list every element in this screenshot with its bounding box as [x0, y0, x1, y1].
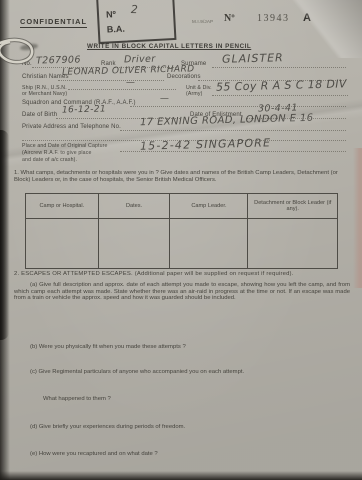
field-no-value: T267906 [36, 54, 81, 66]
camps-header-dates: Dates. [98, 194, 170, 219]
ref-no-label: Nº [224, 13, 235, 24]
camps-table-header-row: Camp or Hospital. Dates. Camp Leader. De… [26, 194, 338, 219]
camps-cell-empty [170, 219, 248, 269]
field-address-value: 17 EXNING ROAD, LONDON E 16 [140, 113, 314, 129]
field-dob-value: 16-12-21 [62, 104, 106, 115]
question-2c-sub-text: What happened to them ? [43, 396, 343, 403]
field-capture-label-line2: (Aircrew R.A.F. to give place [22, 150, 92, 156]
dotted-rule [212, 95, 348, 96]
ref-grade: A [303, 12, 311, 24]
field-squadron-value: — [160, 94, 170, 104]
camps-header-leader: Camp Leader. [170, 194, 248, 219]
scanned-pow-questionnaire: { "header": { "classification": "CONFIDE… [0, 0, 362, 480]
camps-cell-empty [98, 219, 170, 269]
field-no-label: No. [22, 61, 32, 67]
dotted-rule [212, 67, 346, 68]
field-unit-label-line2: (Army) [186, 91, 202, 97]
question-2c-text: (c) Give Regimental particulars of anyon… [30, 369, 350, 376]
camps-cell-empty [26, 219, 99, 269]
pencil-instruction-heading: WRITE IN BLOCK CAPITAL LETTERS IN PENCIL [87, 43, 251, 50]
camps-header-detachment: Detachment or Block Leader (if any). [248, 194, 338, 219]
field-dob-label: Date of Birth [22, 112, 57, 118]
question-2a-text: (a) Give full description and approx. da… [14, 282, 350, 302]
field-ship-label-line2: or Merchant Navy) [22, 91, 67, 97]
field-address-label: Private Address and Telephone No. [22, 124, 121, 130]
question-2e-text: (e) How were you recaptured and on what … [30, 451, 350, 458]
camps-cell-empty [248, 219, 338, 269]
field-surname-value: GLAISTER [222, 51, 284, 66]
field-unit-value: 55 Coy R A S C 18 DIV [216, 77, 347, 93]
dotted-rule [130, 106, 346, 107]
stamp-no-label: Nº [106, 9, 116, 19]
stamp-block-word: BLOCK [98, 0, 172, 1]
field-capture-label-line3: and date of a/c crash). [22, 157, 77, 163]
camps-header-camp: Camp or Hospital. [26, 194, 99, 219]
camps-table: Camp or Hospital. Dates. Camp Leader. De… [25, 193, 338, 269]
dotted-rule [58, 80, 164, 81]
camps-table-empty-row [26, 219, 338, 269]
field-capture-label-line1: Place and Date of Original Capture [22, 143, 108, 149]
block-number-stamp: BLOCK Nº 2 B.A. [96, 0, 177, 44]
question-2b-text: (b) Were you physically fit when you mad… [30, 344, 350, 351]
document-page: CONFIDENTIAL BLOCK Nº 2 B.A. M.I.9/JAP N… [0, 0, 362, 480]
stamp-ba-label: B.A. [107, 24, 125, 35]
question-2d-text: (d) Give briefly your experiences during… [30, 424, 350, 431]
question-2-heading: 2. ESCAPES OR ATTEMPTED ESCAPES. (Additi… [14, 271, 354, 278]
confidential-stamp: CONFIDENTIAL [20, 17, 87, 28]
field-ship-value: — [126, 78, 136, 88]
pencil-smudge [20, 43, 39, 51]
field-decorations-label: Decorations [167, 74, 201, 80]
ref-number: 13943 [257, 13, 290, 24]
dotted-rule [68, 89, 176, 90]
ref-department: M.I.9/JAP [192, 19, 213, 24]
question-1-text: 1. What camps, detachments or hospitals … [14, 170, 350, 183]
dotted-rule [120, 130, 346, 131]
stamp-no-value-handwritten: 2 [131, 3, 139, 16]
field-rank-value: Driver [124, 54, 156, 66]
